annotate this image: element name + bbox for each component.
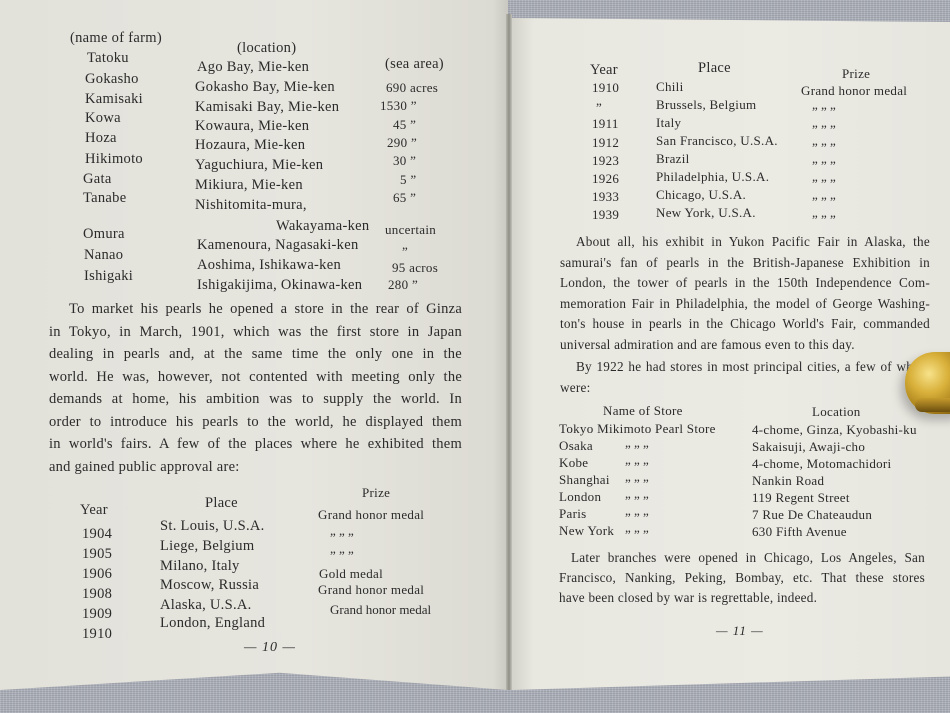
prize-header-year: Year bbox=[80, 502, 108, 519]
farm-area: 95 acros bbox=[392, 260, 438, 276]
store-location: Nankin Road bbox=[752, 473, 824, 489]
prize-year: 1926 bbox=[592, 171, 619, 187]
paragraph-line: To market his pearls he opened a store i… bbox=[49, 298, 462, 321]
farm-area: 65 ” bbox=[393, 190, 416, 206]
store-ditto: ” ” ” bbox=[625, 527, 649, 543]
paragraph-line: About all, his exhibit in Yukon Pacific … bbox=[560, 232, 930, 253]
farm-header-location: (location) bbox=[237, 40, 296, 57]
farm-area: 690 acres bbox=[386, 80, 438, 96]
prize-year: 1908 bbox=[82, 586, 112, 603]
farm-area: 1530 ” bbox=[380, 98, 417, 114]
prize-award: ” ” ” bbox=[812, 176, 836, 192]
farm-area: 290 ” bbox=[387, 135, 417, 151]
paragraph-line: world. He was, however, not contented wi… bbox=[49, 366, 462, 389]
prize-award: Grand honor medal bbox=[801, 83, 907, 99]
farm-header-name: (name of farm) bbox=[70, 30, 162, 47]
prize-place: Alaska, U.S.A. bbox=[160, 597, 252, 614]
store-location: 630 Fifth Avenue bbox=[752, 524, 847, 540]
prize-award: ” ” ” bbox=[330, 548, 354, 564]
store-ditto: ” ” ” bbox=[625, 459, 649, 475]
farm-area: 30 ” bbox=[393, 153, 416, 169]
store-name: London bbox=[559, 489, 601, 505]
prize-award: Grand honor medal bbox=[318, 582, 424, 598]
store-ditto: ” ” ” bbox=[625, 493, 649, 509]
prize-place: Italy bbox=[656, 115, 681, 131]
store-name: Paris bbox=[559, 506, 587, 522]
prize-place: Brazil bbox=[656, 151, 690, 167]
farm-location: Hozaura, Mie-ken bbox=[195, 137, 305, 154]
store-name: Tokyo Mikimoto Pearl Store bbox=[559, 421, 716, 437]
store-location: 4-chome, Motomachidori bbox=[752, 456, 891, 472]
right-page: Year Place Prize 1910 Chili Grand honor … bbox=[512, 18, 950, 690]
exhibit-paragraph: About all, his exhibit in Yukon Pacific … bbox=[560, 232, 930, 398]
farm-name: Omura bbox=[83, 226, 125, 243]
store-paragraph: To market his pearls he opened a store i… bbox=[49, 298, 462, 478]
farm-location: Kowaura, Mie-ken bbox=[195, 118, 309, 135]
prize-place: Chili bbox=[656, 79, 684, 95]
prize-year: 1905 bbox=[82, 546, 112, 563]
prize-place: Milano, Italy bbox=[160, 558, 240, 575]
farm-name: Tatoku bbox=[87, 50, 129, 67]
farm-name: Gata bbox=[83, 171, 112, 188]
farm-name: Kowa bbox=[85, 110, 121, 127]
prize-year: 1904 bbox=[82, 526, 112, 543]
prize-award: ” ” ” bbox=[812, 194, 836, 210]
farm-location: Ishigakijima, Okinawa-ken bbox=[197, 277, 362, 294]
farm-location: Kamenoura, Nagasaki-ken bbox=[197, 237, 359, 254]
farm-location: Kamisaki Bay, Mie-ken bbox=[195, 99, 339, 116]
prize-place: San Francisco, U.S.A. bbox=[656, 133, 778, 149]
paragraph-line: Later branches were opened in Chicago, L… bbox=[559, 548, 925, 568]
paragraph-line: order to introduce his pearls to the wor… bbox=[49, 411, 462, 434]
prize-award: Grand honor medal bbox=[330, 602, 431, 618]
farm-location: Gokasho Bay, Mie-ken bbox=[195, 79, 335, 96]
prize-award: ” ” ” bbox=[812, 158, 836, 174]
farm-location: Ago Bay, Mie-ken bbox=[197, 59, 309, 76]
prize-award: ” ” ” bbox=[812, 140, 836, 156]
store-ditto: ” ” ” bbox=[625, 442, 649, 458]
paragraph-line: samurai's fan of pearls in the British-J… bbox=[560, 253, 930, 274]
farm-name: Kamisaki bbox=[85, 91, 143, 108]
store-ditto: ” ” ” bbox=[625, 510, 649, 526]
prize-header-place: Place bbox=[698, 60, 731, 77]
paragraph-line: Francisco, Nanking, Peking, Bombay, etc.… bbox=[559, 568, 925, 588]
paragraph-line: demands at home, his ambition was to sup… bbox=[49, 388, 462, 411]
book-gutter bbox=[506, 14, 512, 690]
farm-area: ” bbox=[402, 244, 408, 260]
farm-name: Gokasho bbox=[85, 71, 139, 88]
store-location: 7 Rue De Chateaudun bbox=[752, 507, 872, 523]
farm-name: Tanabe bbox=[83, 190, 126, 207]
paragraph-line: and gained public approval are: bbox=[49, 456, 462, 479]
prize-award: Grand honor medal bbox=[318, 507, 424, 523]
page-number-11: — 11 — bbox=[716, 623, 764, 639]
store-name: Shanghai bbox=[559, 472, 610, 488]
farm-location: Mikiura, Mie-ken bbox=[195, 177, 303, 194]
store-name: Osaka bbox=[559, 438, 593, 454]
prize-place: Philadelphia, U.S.A. bbox=[656, 169, 769, 185]
store-location: 4-chome, Ginza, Kyobashi-ku bbox=[752, 422, 917, 438]
prize-place: Chicago, U.S.A. bbox=[656, 187, 746, 203]
branches-paragraph: Later branches were opened in Chicago, L… bbox=[559, 548, 925, 608]
farm-name: Ishigaki bbox=[84, 268, 133, 285]
farm-location: Nishitomita-mura, bbox=[195, 197, 307, 214]
prize-year: 1909 bbox=[82, 606, 112, 623]
store-header-location: Location bbox=[812, 404, 861, 420]
paragraph-line: in world's fairs. A few of the places wh… bbox=[49, 433, 462, 456]
prize-award: ” ” ” bbox=[812, 104, 836, 120]
prize-year: 1923 bbox=[592, 153, 619, 169]
prize-year: 1910 bbox=[82, 626, 112, 643]
paragraph-line: universal admiration and are famous even… bbox=[560, 335, 930, 356]
farm-location: Yaguchiura, Mie-ken bbox=[195, 157, 323, 174]
prize-place: Liege, Belgium bbox=[160, 538, 254, 555]
farm-area: 45 ” bbox=[393, 117, 416, 133]
paragraph-line: memoration Fair in Philadelphia, the mod… bbox=[560, 294, 930, 315]
store-ditto: ” ” ” bbox=[625, 476, 649, 492]
farm-name: Nanao bbox=[84, 247, 123, 264]
prize-place: London, England bbox=[160, 615, 265, 632]
store-name: New York bbox=[559, 523, 614, 539]
store-header-name: Name of Store bbox=[603, 403, 683, 419]
prize-year: 1910 bbox=[592, 80, 619, 96]
farm-header-area: (sea area) bbox=[385, 56, 444, 73]
farm-area: uncertain bbox=[385, 222, 436, 238]
prize-year: 1906 bbox=[82, 566, 112, 583]
paragraph-line: By 1922 he had stores in most principal … bbox=[560, 357, 930, 378]
paragraph-line: ton's house in pearls in the Chicago Wor… bbox=[560, 314, 930, 335]
prize-header-year: Year bbox=[590, 62, 618, 79]
prize-year: 1911 bbox=[592, 116, 619, 132]
prize-award: ” ” ” bbox=[330, 530, 354, 546]
paragraph-line: in Tokyo, in March, 1901, which was the … bbox=[49, 321, 462, 344]
gold-object-base bbox=[915, 398, 950, 412]
farm-name: Hoza bbox=[85, 130, 117, 147]
prize-place: St. Louis, U.S.A. bbox=[160, 518, 265, 535]
prize-year: 1912 bbox=[592, 135, 619, 151]
page-number-10: — 10 — bbox=[244, 640, 296, 656]
prize-header-place: Place bbox=[205, 495, 238, 512]
store-location: Sakaisuji, Awaji-cho bbox=[752, 439, 865, 455]
store-location: 119 Regent Street bbox=[752, 490, 850, 506]
prize-header-prize: Prize bbox=[362, 485, 390, 501]
prize-year: 1939 bbox=[592, 207, 619, 223]
paragraph-line: dealing in pearls and, at the same time … bbox=[49, 343, 462, 366]
farm-area: 5 ” bbox=[400, 172, 416, 188]
farm-location: Wakayama-ken bbox=[276, 218, 369, 235]
paragraph-line: London, the tower of pearls in the 150th… bbox=[560, 273, 930, 294]
prize-year: 1933 bbox=[592, 189, 619, 205]
left-page: (name of farm) (location) (sea area) Tat… bbox=[0, 0, 508, 690]
farm-name: Hikimoto bbox=[85, 151, 143, 168]
farm-area: 280 ” bbox=[388, 277, 418, 293]
prize-year: ” bbox=[596, 100, 602, 116]
prize-place: New York, U.S.A. bbox=[656, 205, 756, 221]
prize-place: Brussels, Belgium bbox=[656, 97, 756, 113]
paragraph-line: were: bbox=[560, 378, 930, 399]
prize-award: ” ” ” bbox=[812, 122, 836, 138]
prize-award: ” ” ” bbox=[812, 212, 836, 228]
store-name: Kobe bbox=[559, 455, 588, 471]
prize-place: Moscow, Russia bbox=[160, 577, 259, 594]
prize-award: Gold medal bbox=[319, 566, 383, 582]
farm-location: Aoshima, Ishikawa-ken bbox=[197, 257, 341, 274]
prize-header-prize: Prize bbox=[842, 66, 870, 82]
paragraph-line: have been closed by war is regrettable, … bbox=[559, 588, 925, 608]
